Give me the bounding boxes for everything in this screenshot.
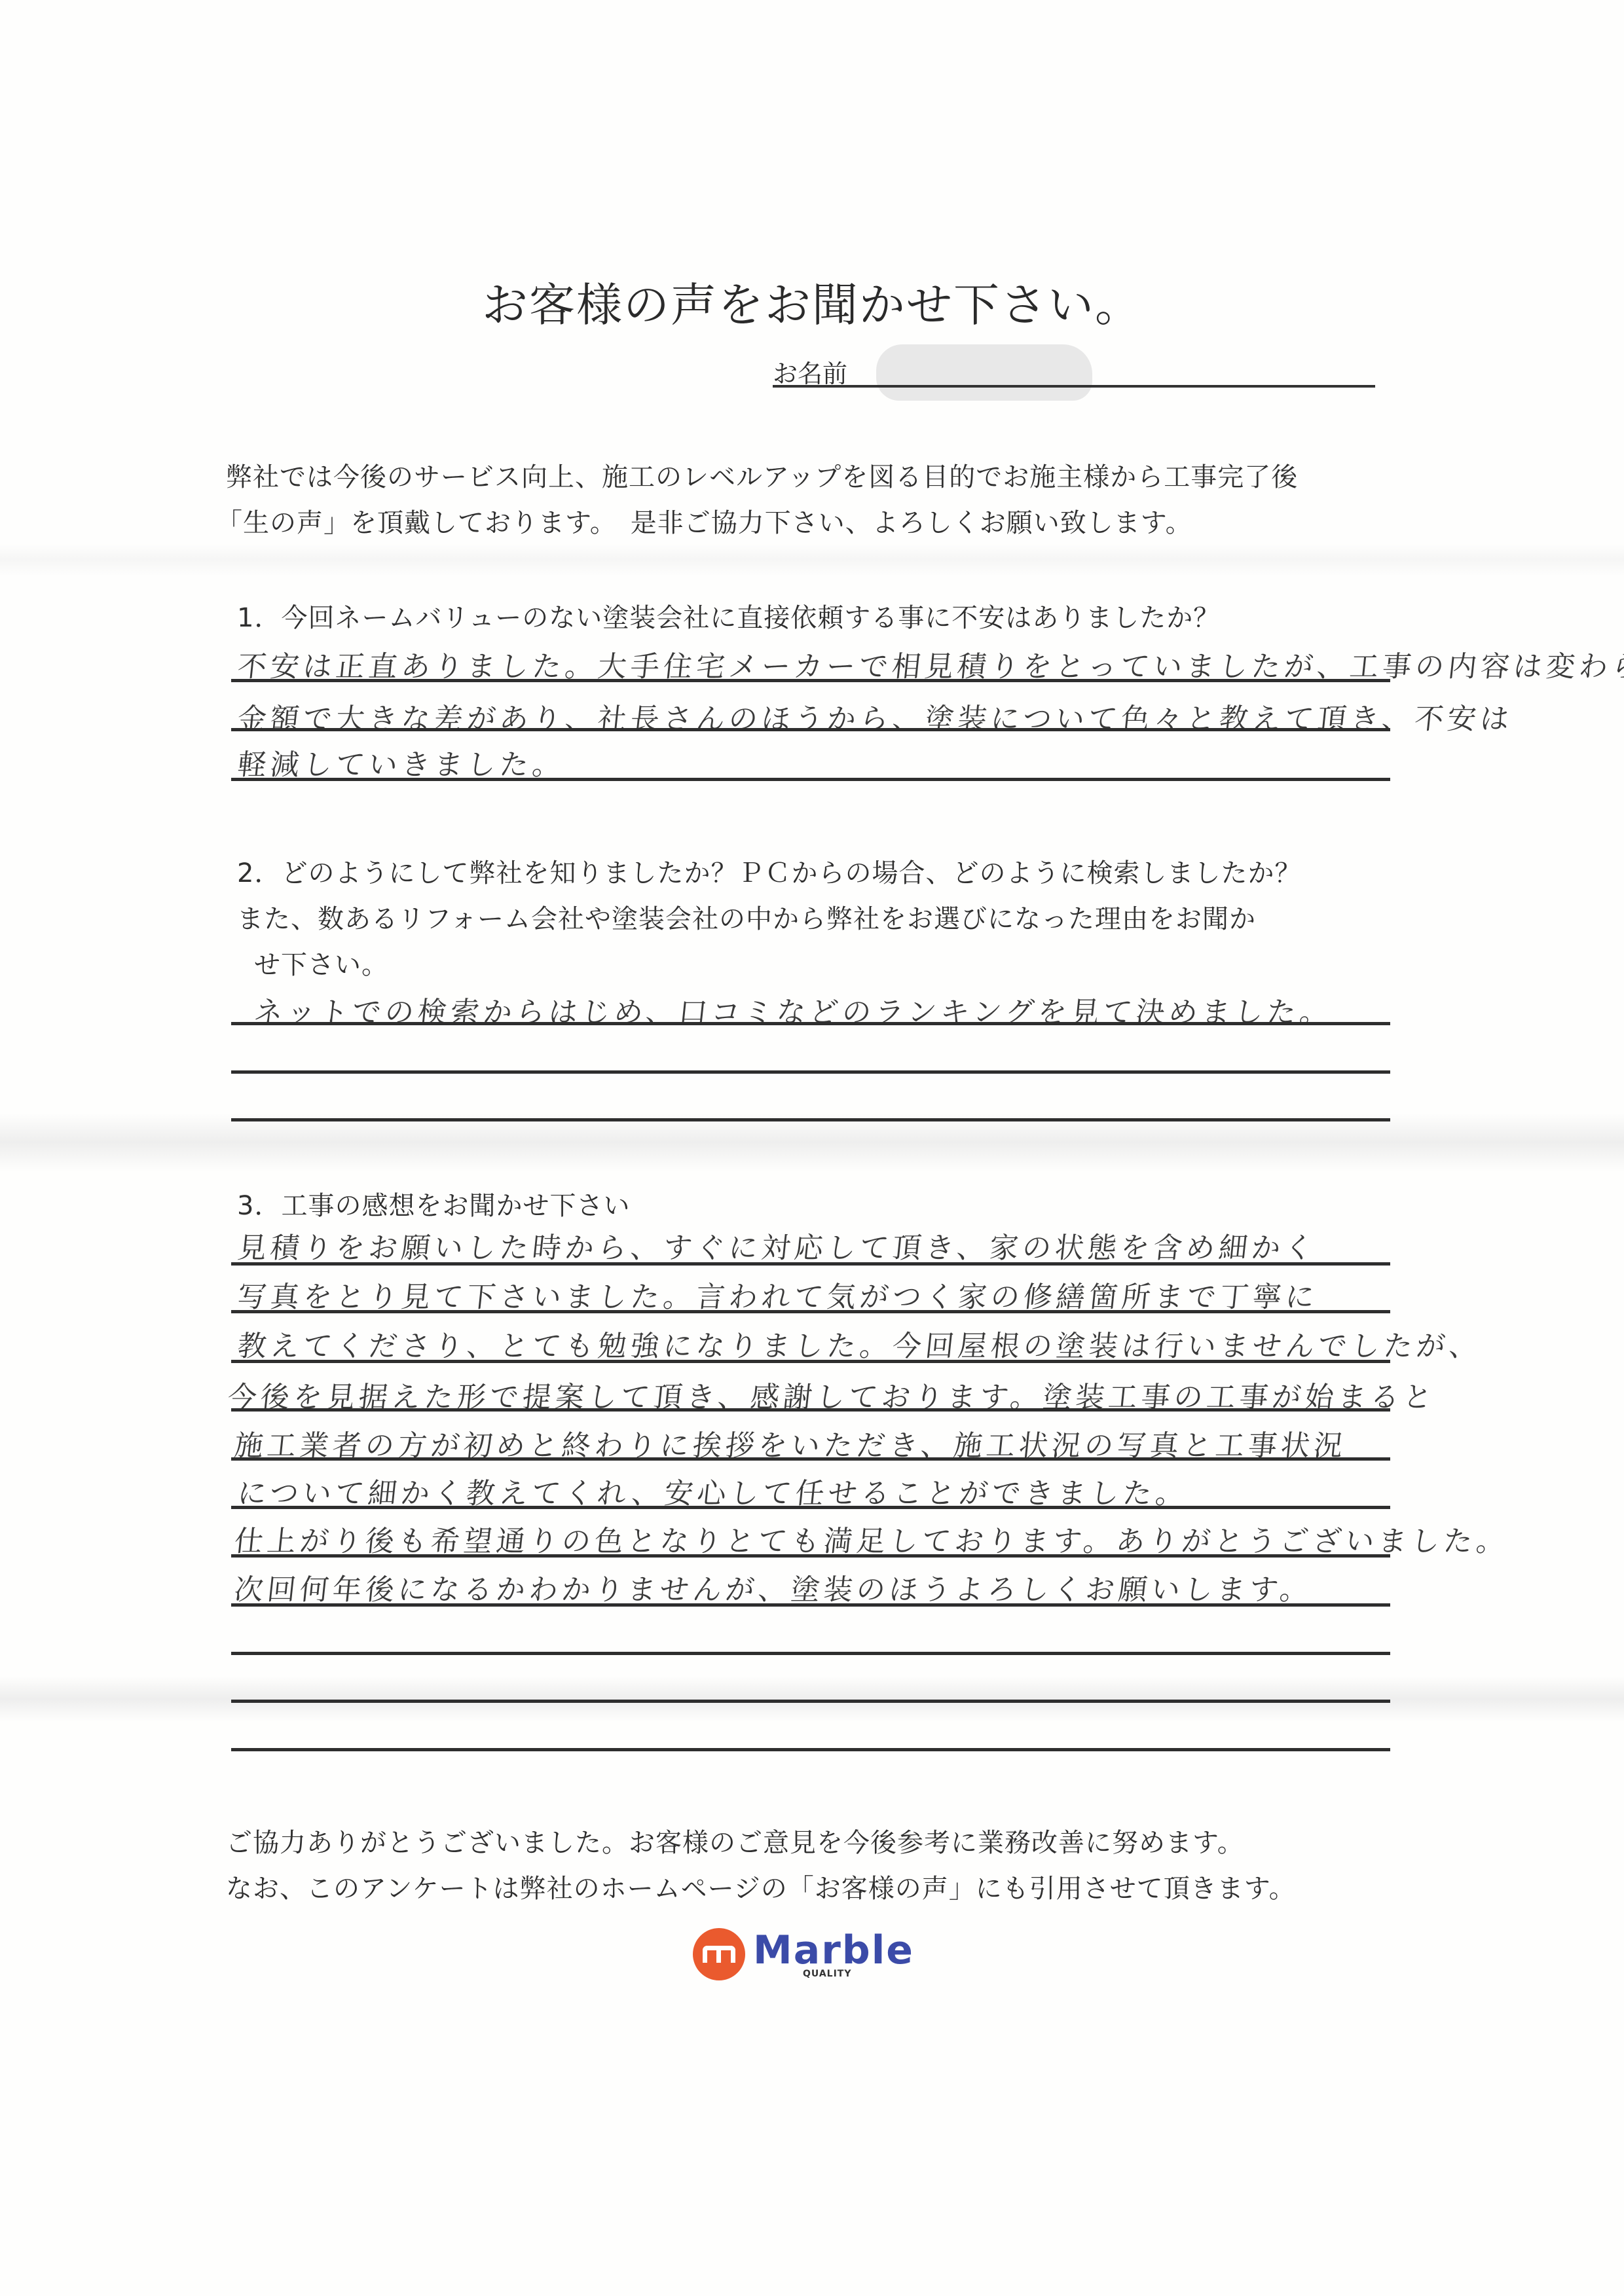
answer-3-line-2: 写真をとり見て下さいました。言われて気がつく家の修繕箇所まで丁寧に [236,1273,1321,1315]
answer-rule [231,728,1390,731]
answer-rule [231,1700,1390,1703]
question-3: 3．工事の感想をお聞かせ下さい [237,1185,630,1222]
answer-rule [231,1652,1390,1655]
answer-rule [231,1506,1390,1509]
scan-smudge [0,543,1624,576]
scan-smudge [0,1676,1624,1722]
question-2-line-3: せ下さい。 [254,944,388,981]
logo-tagline: QUALITY [803,1969,852,1979]
intro-line-1: 弊社では今後のサービス向上、施工のレベルアップを図る目的でお施主様から工事完了後 [226,456,1298,494]
question-2-line-2: また、数あるリフォーム会社や塗装会社の中から弊社をお選びになった理由をお聞か [237,898,1256,936]
company-logo: Marble QUALITY [693,1928,942,1980]
m-circle-logo-icon [693,1928,745,1980]
answer-rule [231,1022,1390,1025]
answer-3-line-8: 次回何年後になるかわかりませんが、塗装のほうよろしくお願いします。 [232,1566,1315,1608]
redacted-name [876,344,1092,401]
question-2-line-1: 2．どのようにして弊社を知りましたか？ＰＣからの場合、どのように検索しましたか？ [237,852,1301,890]
answer-rule [231,1118,1390,1121]
answer-rule [231,1603,1390,1607]
logo-wordmark: Marble [753,1929,914,1971]
answer-rule [231,1360,1390,1363]
answer-rule [231,1310,1390,1313]
answer-rule [231,1554,1390,1558]
intro-line-2: 「生の声」を頂戴しております。 是非ご協力下さい、よろしくお願い致します。 [216,502,1192,539]
answer-rule [231,1408,1390,1412]
answer-rule [231,778,1390,781]
answer-1-line-3: 軽減していきました。 [236,741,568,783]
answer-3-line-3: 教えてくださり、とても勉強になりました。今回屋根の塗装は行いませんでしたが、 [236,1322,1485,1364]
name-underline [773,385,1375,388]
scan-smudge [0,1113,1624,1172]
answer-rule [231,1457,1390,1461]
answer-rule [231,679,1390,682]
name-field: お名前 [773,354,1375,399]
answer-3-line-7: 仕上がり後も希望通りの色となりとても満足しております。ありがとうございました。 [232,1518,1511,1559]
name-label: お名前 [773,354,847,390]
question-1: 1．今回ネームバリューのない塗装会社に直接依頼する事に不安はありましたか？ [237,597,1220,634]
answer-rule [231,1070,1390,1074]
answer-rule [231,1262,1390,1266]
answer-3-line-1: 見積りをお願いした時から、すぐに対応して頂き、家の状態を含め細かく [236,1224,1319,1266]
closing-line-2: なお、このアンケートは弊社のホームページの「お客様の声」にも引用させて頂きます。 [226,1868,1296,1905]
answer-rule [231,1748,1390,1751]
closing-line-1: ご協力ありがとうございました。お客様のご意見を今後参考に業務改善に努めます。 [226,1822,1244,1859]
page-title: お客様の声をお聞かせ下さい。 [0,268,1624,335]
